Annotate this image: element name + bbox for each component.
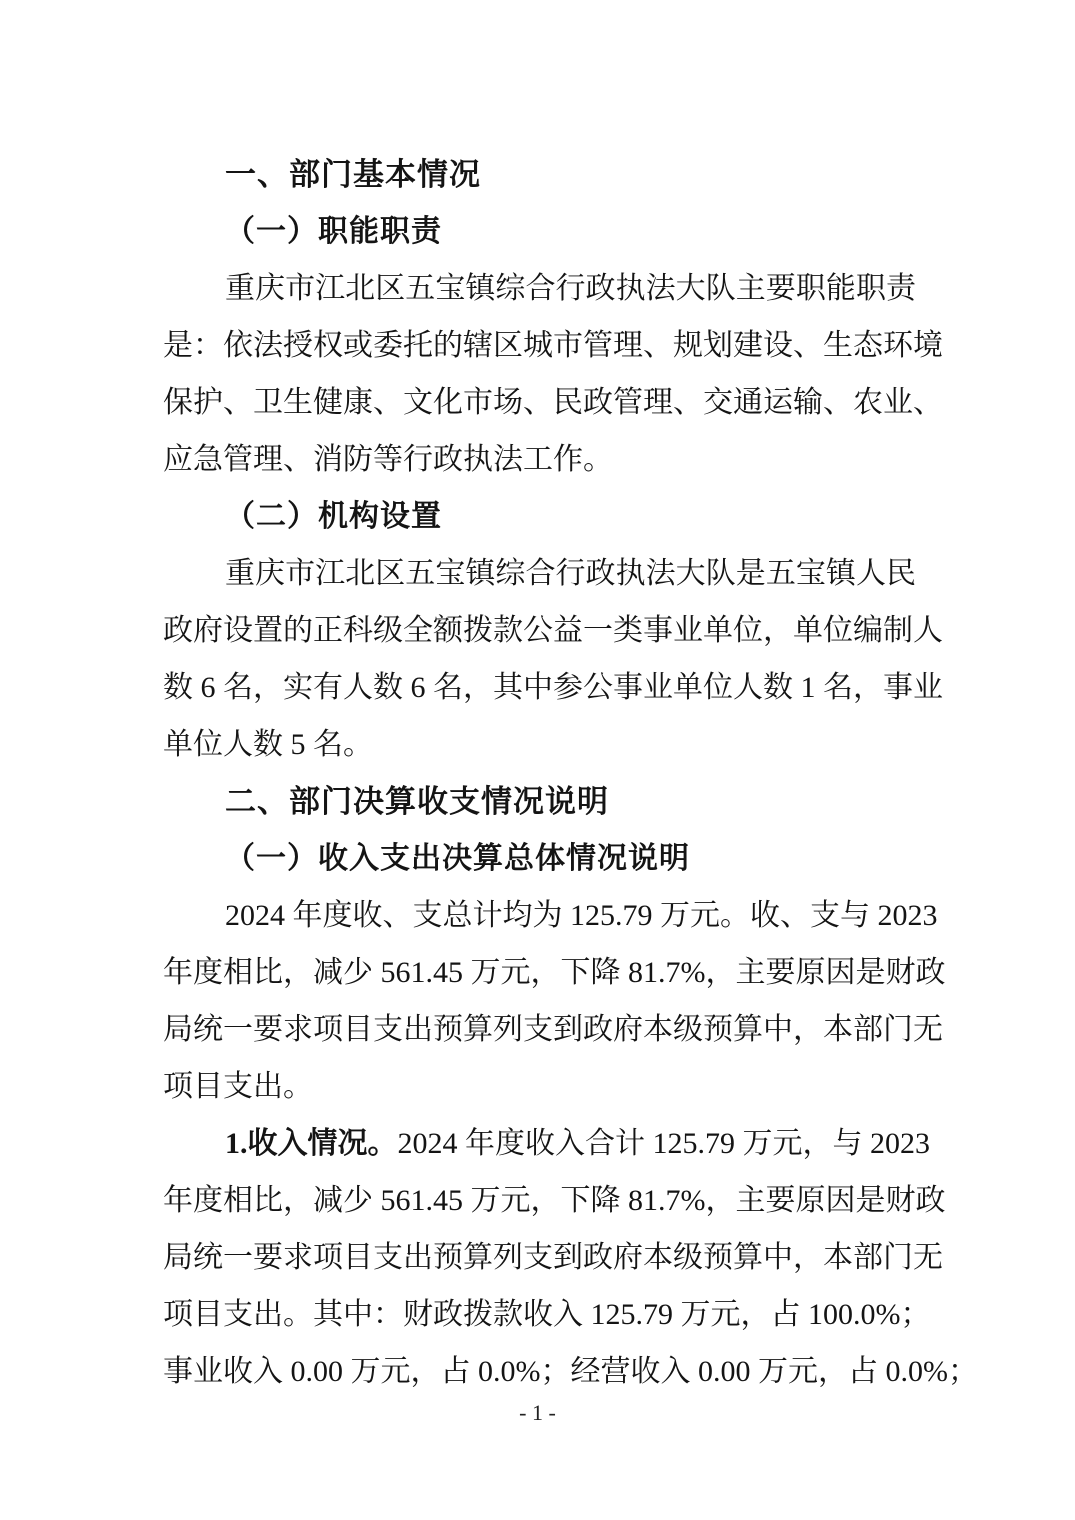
section-2-heading: 二、部门决算收支情况说明 [163, 773, 916, 830]
paragraph-line: 项目支出。其中：财政拨款收入 125.79 万元，占 100.0%； [163, 1286, 916, 1343]
page-number: - 1 - [519, 1400, 556, 1425]
paragraph-line: 重庆市江北区五宝镇综合行政执法大队主要职能职责 [163, 260, 916, 317]
paragraph-line: 局统一要求项目支出预算列支到政府本级预算中，本部门无 [163, 1001, 916, 1058]
document-content: 一、部门基本情况 （一）职能职责 重庆市江北区五宝镇综合行政执法大队主要职能职责… [163, 146, 916, 1400]
paragraph-line: 局统一要求项目支出预算列支到政府本级预算中，本部门无 [163, 1229, 916, 1286]
paragraph-line: 项目支出。 [163, 1058, 916, 1115]
page-footer: - 1 - [0, 1398, 1075, 1428]
income-item-line-rest: 2024 年度收入合计 125.79 万元，与 2023 [398, 1127, 931, 1160]
subsection-overview-heading: （一）收入支出决算总体情况说明 [163, 830, 916, 887]
paragraph-line: 政府设置的正科级全额拨款公益一类事业单位，单位编制人 [163, 602, 916, 659]
paragraph-line: 年度相比，减少 561.45 万元，下降 81.7%，主要原因是财政 [163, 944, 916, 1001]
paragraph-line: 年度相比，减少 561.45 万元，下降 81.7%，主要原因是财政 [163, 1172, 916, 1229]
paragraph-line: 1.收入情况。2024 年度收入合计 125.79 万元，与 2023 [163, 1115, 916, 1172]
paragraph-line: 2024 年度收、支总计均为 125.79 万元。收、支与 2023 [163, 887, 916, 944]
paragraph-line: 是：依法授权或委托的辖区城市管理、规划建设、生态环境 [163, 317, 916, 374]
income-item-label: 1.收入情况。 [225, 1127, 398, 1160]
paragraph-line: 事业收入 0.00 万元，占 0.0%；经营收入 0.00 万元，占 0.0%； [163, 1343, 916, 1400]
document-page: 一、部门基本情况 （一）职能职责 重庆市江北区五宝镇综合行政执法大队主要职能职责… [0, 0, 1075, 1520]
subsection-organization-heading: （二）机构设置 [163, 488, 916, 545]
paragraph-line: 应急管理、消防等行政执法工作。 [163, 431, 916, 488]
paragraph-line: 数 6 名，实有人数 6 名，其中参公事业单位人数 1 名，事业 [163, 659, 916, 716]
section-1-heading: 一、部门基本情况 [163, 146, 916, 203]
paragraph-line: 保护、卫生健康、文化市场、民政管理、交通运输、农业、 [163, 374, 916, 431]
paragraph-line: 重庆市江北区五宝镇综合行政执法大队是五宝镇人民 [163, 545, 916, 602]
paragraph-line: 单位人数 5 名。 [163, 716, 916, 773]
subsection-functions-heading: （一）职能职责 [163, 203, 916, 260]
